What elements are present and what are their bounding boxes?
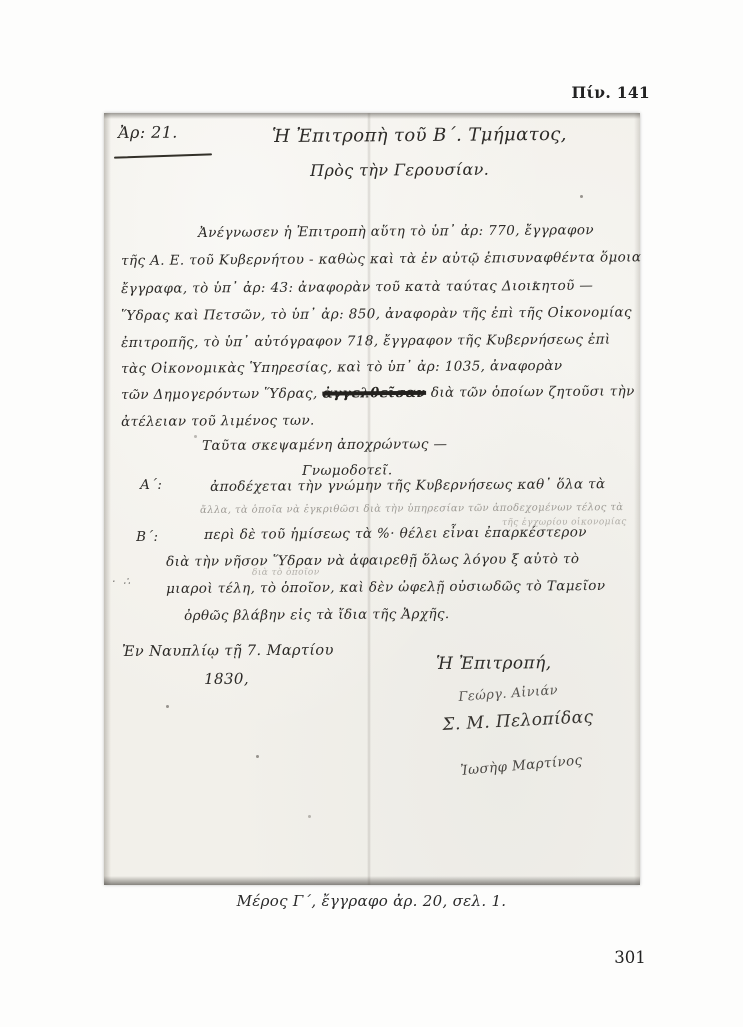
- body-line: Ἀνέγνωσεν ἡ Ἐπιτροπὴ αὕτη τὸ ὑπ᾽ ἀρ: 770…: [198, 222, 594, 241]
- body-line: τῆς Α. Ε. τοῦ Κυβερνήτου - καθὼς καὶ τὰ …: [121, 249, 641, 269]
- date-year: 1830,: [204, 670, 249, 688]
- item-b-text-line: μιαροὶ τέλη, τὸ ὁποῖον, καὶ δὲν ὠφελῇ οὐ…: [166, 578, 605, 597]
- manuscript-scan: Ἀρ: 21. Ἡ Ἐπιτροπὴ τοῦ Β΄. Τμήματος, Πρὸ…: [104, 113, 640, 885]
- struck-word: ἀγγελθεῖσαν: [322, 385, 426, 402]
- signature: Σ. Μ. Πελοπίδας: [442, 707, 594, 735]
- manuscript-subheading: Πρὸς τὴν Γερουσίαν.: [310, 160, 489, 180]
- manuscript-heading: Ἡ Ἐπιτροπὴ τοῦ Β΄. Τμήματος,: [272, 124, 567, 147]
- item-b-text-line: ὀρθῶς βλάβην εἰς τὰ ἴδια τῆς Ἀρχῆς.: [184, 606, 450, 624]
- item-b-text-line: διὰ τὴν νῆσον Ὕδραν νὰ ἀφαιρεθῇ ὅλως λόγ…: [166, 551, 579, 570]
- book-page: { "page": { "plate_label": "Πίν. 141", "…: [0, 0, 743, 1027]
- body-line-post: διὰ τῶν ὁποίων ζητοῦσι τὴν: [426, 383, 635, 400]
- body-line-pre: τῶν Δημογερόντων Ὕδρας,: [121, 386, 322, 403]
- plate-caption: Μέρος Γ΄, ἔγγραφο ἀρ. 20, σελ. 1.: [180, 892, 563, 910]
- pencil-annotation: διὰ τὸ ὁποῖον: [252, 568, 320, 578]
- closing-line: Ταῦτα σκεψαμένη ἀποχρώντως —: [202, 436, 447, 454]
- body-line: ἔγγραφα, τὸ ὑπ᾽ ἀρ: 43: ἀναφορὰν τοῦ κατ…: [121, 278, 593, 297]
- item-a-text: ἀποδέχεται τὴν γνώμην τῆς Κυβερνήσεως κα…: [210, 476, 606, 495]
- doc-number: Ἀρ: 21.: [118, 123, 178, 142]
- body-line: ἐπιτροπῆς, τὸ ὑπ᾽ αὐτόγραφον 718, ἔγγραφ…: [121, 332, 611, 351]
- date-line: Ἐν Ναυπλίῳ τῇ 7. Μαρτίου: [122, 643, 334, 660]
- body-line-with-deletion: τῶν Δημογερόντων Ὕδρας, ἀγγελθεῖσαν διὰ …: [121, 383, 635, 403]
- item-a-faint-line: ἄλλα, τὰ ὁποῖα νὰ ἐγκριθῶσι διὰ τὴν ὑπηρ…: [200, 502, 623, 516]
- item-b-text-line: περὶ δὲ τοῦ ἡμίσεως τὰ %· θέλει εἶναι ἐπ…: [204, 524, 587, 543]
- verdict-heading: Γνωμοδοτεῖ.: [302, 462, 393, 479]
- body-line: τὰς Οἰκονομικὰς Ὑπηρεσίας, καὶ τὸ ὑπ᾽ ἀρ…: [121, 358, 563, 377]
- item-b-marker: Β΄:: [136, 529, 159, 545]
- page-number: 301: [600, 948, 660, 967]
- signature: Ἰωσὴφ Μαρτίνος: [460, 752, 583, 779]
- body-line: Ὕδρας καὶ Πετσῶν, τὸ ὑπ᾽ ἀρ: 850, ἀναφορ…: [121, 304, 632, 324]
- body-line: ἀτέλειαν τοῦ λιμένος των.: [121, 413, 315, 430]
- plate-label: Πίν. 141: [540, 83, 650, 102]
- signature-heading: Ἡ Ἐπιτροπή,: [436, 653, 552, 674]
- margin-dots: · ∴: [112, 575, 132, 588]
- item-a-marker: Α΄:: [140, 477, 162, 493]
- signature: Γεώργ. Αἰνιάν: [458, 683, 558, 705]
- doc-number-underline: [114, 153, 212, 158]
